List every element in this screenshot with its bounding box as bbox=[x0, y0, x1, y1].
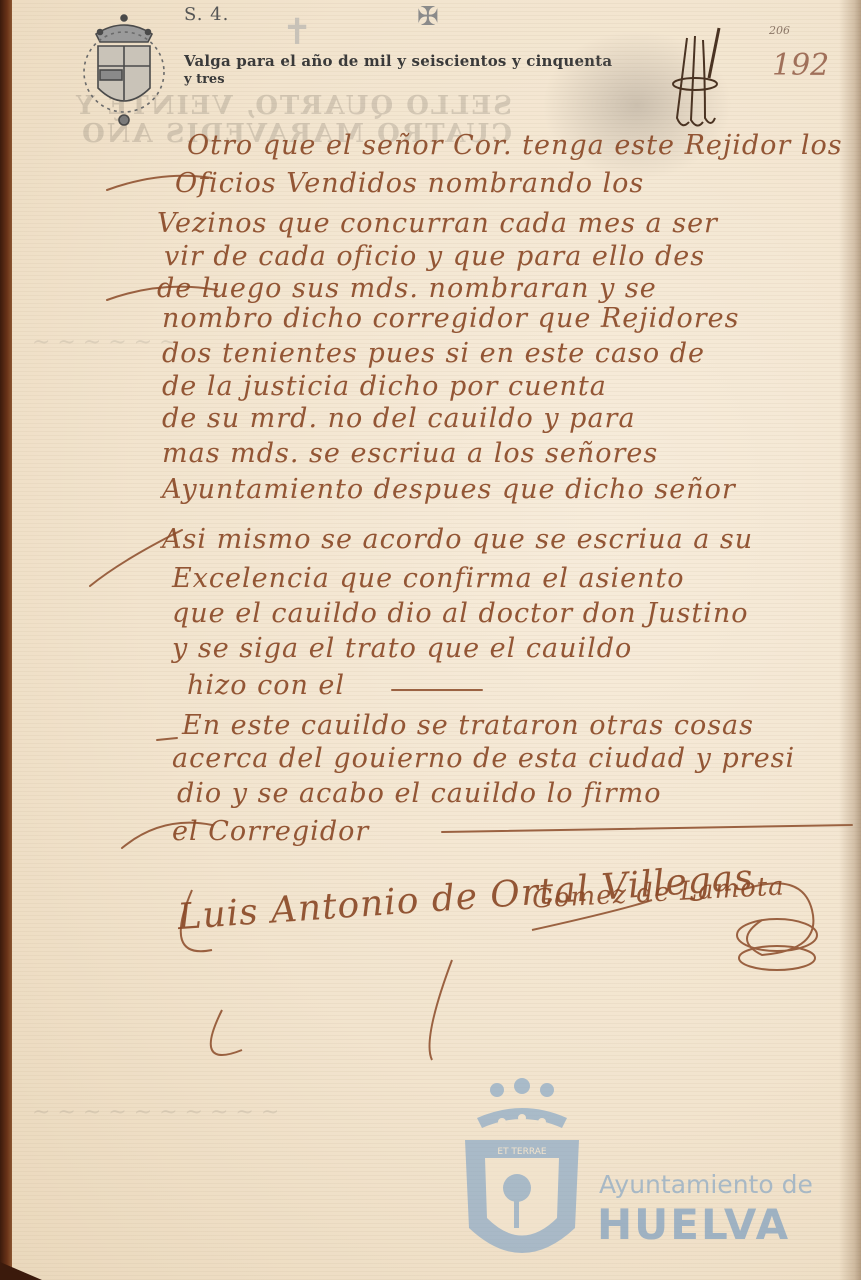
signature-flourishes bbox=[152, 840, 852, 1070]
huelva-coat-of-arms-icon: ET TERRAE bbox=[457, 1078, 587, 1268]
watermark-motto-top: ET TERRAE bbox=[497, 1147, 547, 1157]
manuscript-page: SELLO QUARTO, VEINTE Y CUATRO MARAVEDIS … bbox=[12, 0, 861, 1280]
book-binding bbox=[0, 0, 12, 1280]
watermark-line2: HUELVA bbox=[597, 1200, 790, 1249]
ayuntamiento-huelva-watermark: ET TERRAE Ayuntamiento de HUELVA bbox=[457, 1078, 857, 1268]
watermark-line1: Ayuntamiento de bbox=[599, 1170, 813, 1199]
page-edge-shadow bbox=[839, 0, 861, 1280]
